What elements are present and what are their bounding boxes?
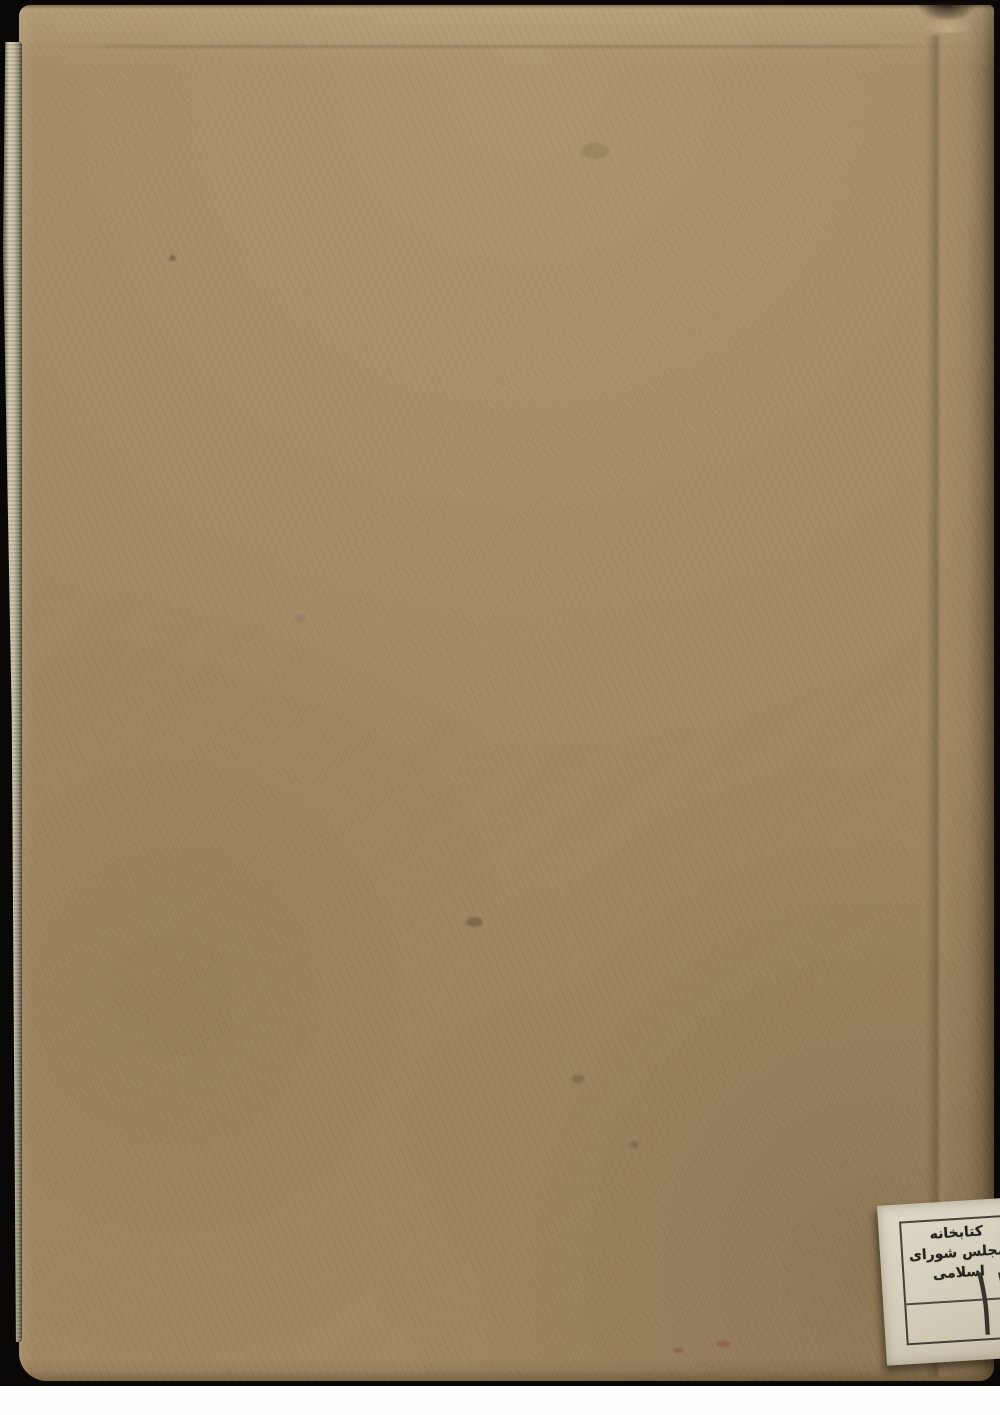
scan-background: کتابخانه مجلس شورای اسلامی ۱۲ [0,0,1000,1415]
book-back-cover [19,5,994,1381]
leather-stain [674,1348,683,1353]
label-handwritten-number: ۱۲ [970,1253,1000,1351]
spine-hinge-crease [926,35,948,1377]
scanner-bottom-white-strip [0,1386,1000,1415]
book-pages-fore-edge [3,42,22,1342]
leather-stain [169,255,176,261]
leather-stain [716,1341,731,1347]
cover-top-right-fold [912,3,982,33]
cover-top-seam [23,45,984,48]
leather-stain [629,1141,639,1148]
leather-stain [572,1075,584,1083]
leather-stain [295,615,305,623]
library-label: کتابخانه مجلس شورای اسلامی ۱۲ [877,1198,1000,1366]
leather-stain [581,143,609,159]
leather-stain [466,917,483,927]
